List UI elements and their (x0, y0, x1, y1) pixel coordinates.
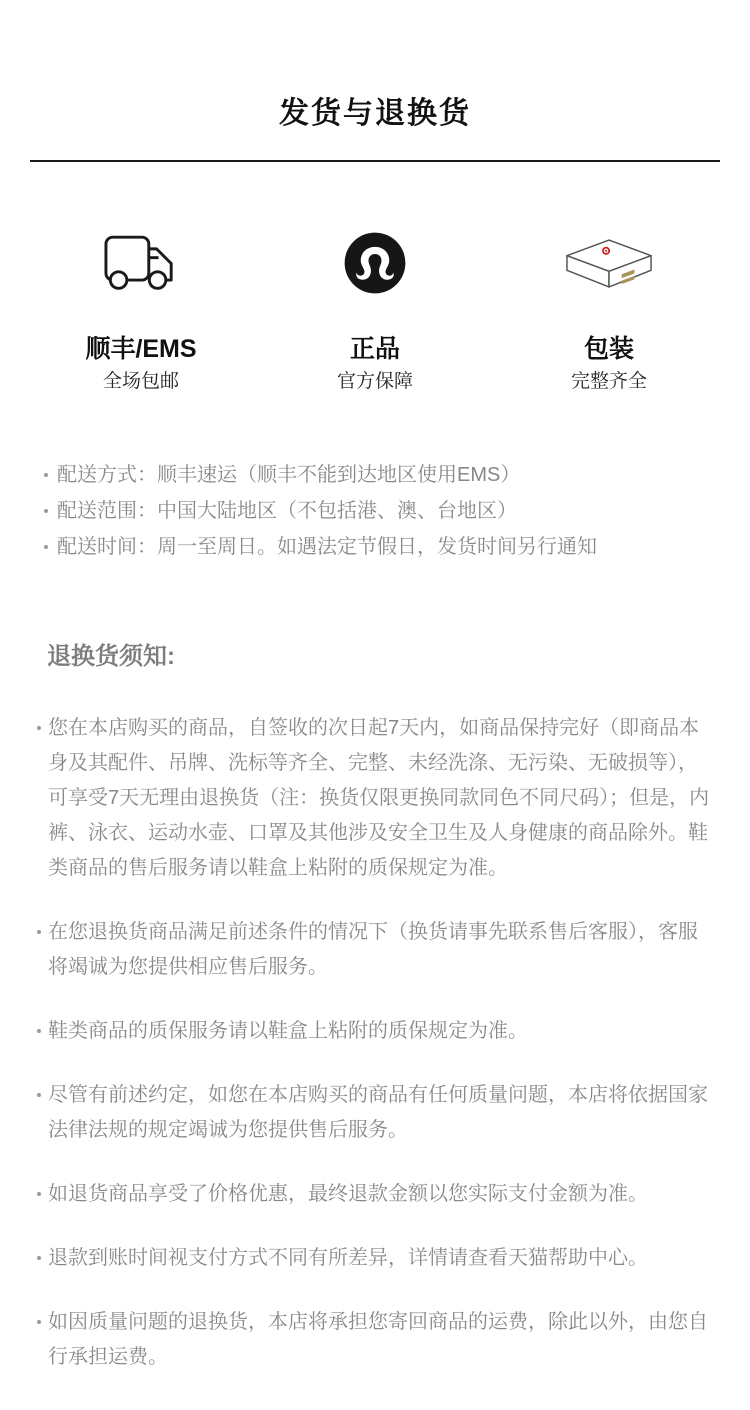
feature-shipping: 顺丰/EMS 全场包邮 (24, 232, 258, 391)
feature-title: 顺丰/EMS (24, 337, 258, 362)
title-divider (30, 160, 720, 162)
delivery-item: 配送范围：中国大陆地区（不包括港、澳、台地区） (0, 493, 750, 529)
page-title: 发货与退换货 (0, 0, 750, 130)
feature-title: 正品 (258, 337, 492, 362)
delivery-info-list: 配送方式：顺丰速运（顺丰不能到达地区使用EMS） 配送范围：中国大陆地区（不包括… (0, 457, 750, 565)
returns-item: 如因质量问题的退换货，本店将承担您寄回商品的运费，除此以外，由您自行承担运费。 (0, 1305, 750, 1375)
package-box-icon (565, 238, 653, 289)
returns-item: 退款到账时间视支付方式不同有所差异，详情请查看天猫帮助中心。 (0, 1241, 750, 1276)
feature-packaging: 包装 完整齐全 (492, 232, 726, 391)
feature-subtitle: 官方保障 (258, 372, 492, 391)
feature-title: 包装 (492, 337, 726, 362)
feature-authentic: 正品 官方保障 (258, 232, 492, 391)
returns-item: 在您退换货商品满足前述条件的情况下（换货请事先联系售后客服），客服将竭诚为您提供… (0, 915, 750, 985)
delivery-item: 配送时间：周一至周日。如遇法定节假日，发货时间另行通知 (0, 529, 750, 565)
returns-item: 鞋类商品的质保服务请以鞋盒上粘附的质保规定为准。 (0, 1014, 750, 1049)
returns-item: 尽管有前述约定，如您在本店购买的商品有任何质量问题，本店将依据国家法律法规的规定… (0, 1078, 750, 1148)
feature-subtitle: 全场包邮 (24, 372, 258, 391)
feature-subtitle: 完整齐全 (492, 372, 726, 391)
features-row: 顺丰/EMS 全场包邮 正品 官方保障 (0, 232, 750, 391)
returns-item: 如退货商品享受了价格优惠，最终退款金额以您实际支付金额为准。 (0, 1177, 750, 1212)
truck-icon (104, 235, 178, 292)
returns-item: 您在本店购买的商品，自签收的次日起7天内，如商品保持完好（即商品本身及其配件、吊… (0, 711, 750, 886)
delivery-item: 配送方式：顺丰速运（顺丰不能到达地区使用EMS） (0, 457, 750, 493)
lululemon-logo-icon (344, 232, 406, 294)
returns-policy-list: 您在本店购买的商品，自签收的次日起7天内，如商品保持完好（即商品本身及其配件、吊… (0, 711, 750, 1375)
returns-heading: 退换货须知: (0, 643, 750, 671)
